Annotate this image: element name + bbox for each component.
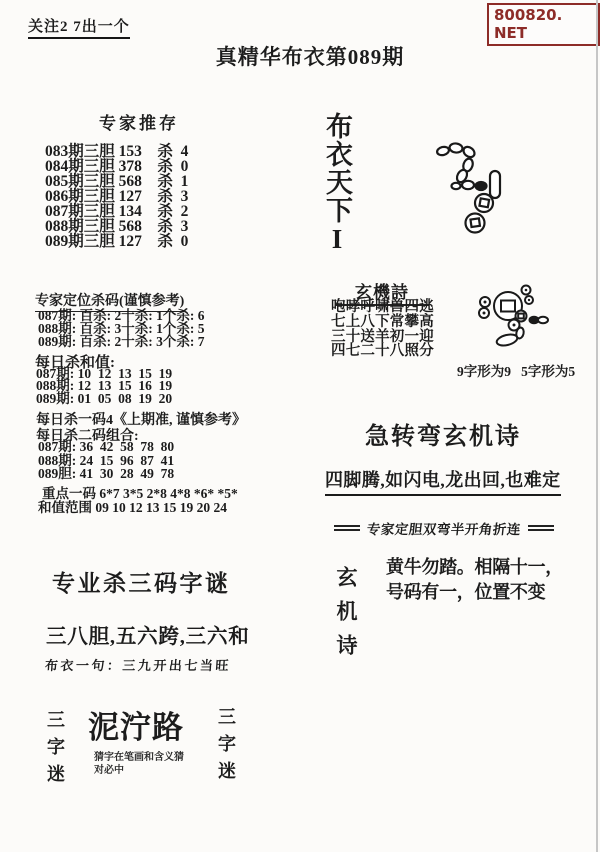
list-item: 086期三胆 127 杀 3	[45, 189, 188, 204]
riddle-note-line: 对必中	[94, 764, 184, 777]
banner-dash-right	[528, 525, 554, 531]
list-item: 087期三胆 134 杀 2	[45, 204, 188, 219]
xuanji-shi-poem: 黄牛勿踏。相隔十一， 号码有一，位置不变	[386, 555, 563, 604]
kill-position-list: 087期: 百杀: 2十杀: 1个杀: 6 088期: 百杀: 3十杀: 1个杀…	[38, 309, 204, 348]
xuanji-shi-vertical-title: 玄机诗	[331, 566, 361, 676]
banner-text: 专家定胆双弯半开角折连	[366, 518, 522, 538]
buyi-tianxia-vertical-title: 布衣天下I	[318, 112, 357, 262]
riddle-note-line: 猜字在笔画和含义猜	[94, 751, 184, 764]
expert-recommend-title: 专家推存	[99, 109, 179, 134]
kill-three-title: 专业杀三码字谜	[52, 565, 231, 598]
buyi-sentence: 布衣一句：三九开出七当旺	[44, 655, 231, 674]
sharp-turn-line: 四脚腾,如闪电,龙出回,也难定	[325, 466, 561, 496]
riddle-word: 泥泞路	[88, 702, 184, 747]
list-item: 084期三胆 378 杀 0	[45, 159, 188, 174]
list-item: 088期三胆 568 杀 3	[45, 219, 188, 234]
sum-range-line: 和值范围 09 10 12 13 15 19 20 24	[38, 496, 227, 516]
page-title: 真精华布衣第089期	[0, 41, 600, 71]
poem-line: 咆哮呼啸兽四逃	[331, 300, 434, 315]
bead-number-doodle	[432, 140, 512, 235]
poem-line: 号码有一，位置不变	[386, 580, 563, 605]
riddle-label-right: 三字迷	[213, 707, 239, 797]
list-item: 089期: 01 05 08 19 20	[36, 393, 172, 405]
poem-line: 四七二十八照分	[331, 344, 434, 359]
digit-shape-note: 9字形为9 5字形为5	[457, 360, 575, 380]
poem-line: 黄牛勿踏。相隔十一，	[386, 555, 563, 580]
focus-note: 关注2 7出一个	[28, 15, 130, 39]
poem-line: 七上八下常攀高	[331, 315, 434, 330]
site-watermark: 800820. NET	[487, 3, 600, 46]
list-item: 083期三胆 153 杀 4	[45, 144, 188, 159]
list-item: 087期: 36 42 58 78 80	[38, 440, 174, 454]
list-item: 089期三胆 127 杀 0	[45, 234, 188, 249]
expert-recommend-list: 083期三胆 153 杀 4 084期三胆 378 杀 0 085期三胆 568…	[45, 144, 188, 249]
daily-kill-sum-list: 087期: 10 12 13 15 19 088期: 12 13 15 16 1…	[36, 368, 172, 405]
lottery-tip-sheet: 关注2 7出一个 800820. NET 真精华布衣第089期 专家推存 083…	[0, 0, 600, 852]
coin-number-doodle	[468, 276, 558, 348]
page-edge-line	[596, 0, 598, 852]
sharp-turn-title: 急转弯玄机诗	[328, 416, 558, 451]
list-item: 085期三胆 568 杀 1	[45, 174, 188, 189]
riddle-label-left: 三字迷	[42, 710, 68, 800]
kill-three-line: 三八胆,五六跨,三六和	[46, 619, 250, 649]
list-item: 088期: 24 15 96 87 41	[38, 454, 174, 468]
expert-banner: 专家定胆双弯半开角折连	[328, 518, 560, 538]
xuanji-poem: 咆哮呼啸兽四逃 七上八下常攀高 三十送羊初一迎 四七二十八照分	[331, 300, 434, 359]
riddle-note: 猜字在笔画和含义猜 对必中	[94, 751, 184, 777]
banner-dash-left	[334, 525, 360, 531]
daily-kill-two-list: 087期: 36 42 58 78 80 088期: 24 15 96 87 4…	[38, 440, 174, 481]
list-item: 089胆: 41 30 28 49 78	[38, 467, 174, 481]
list-item: 089期: 百杀: 2十杀: 3个杀: 7	[38, 335, 204, 348]
